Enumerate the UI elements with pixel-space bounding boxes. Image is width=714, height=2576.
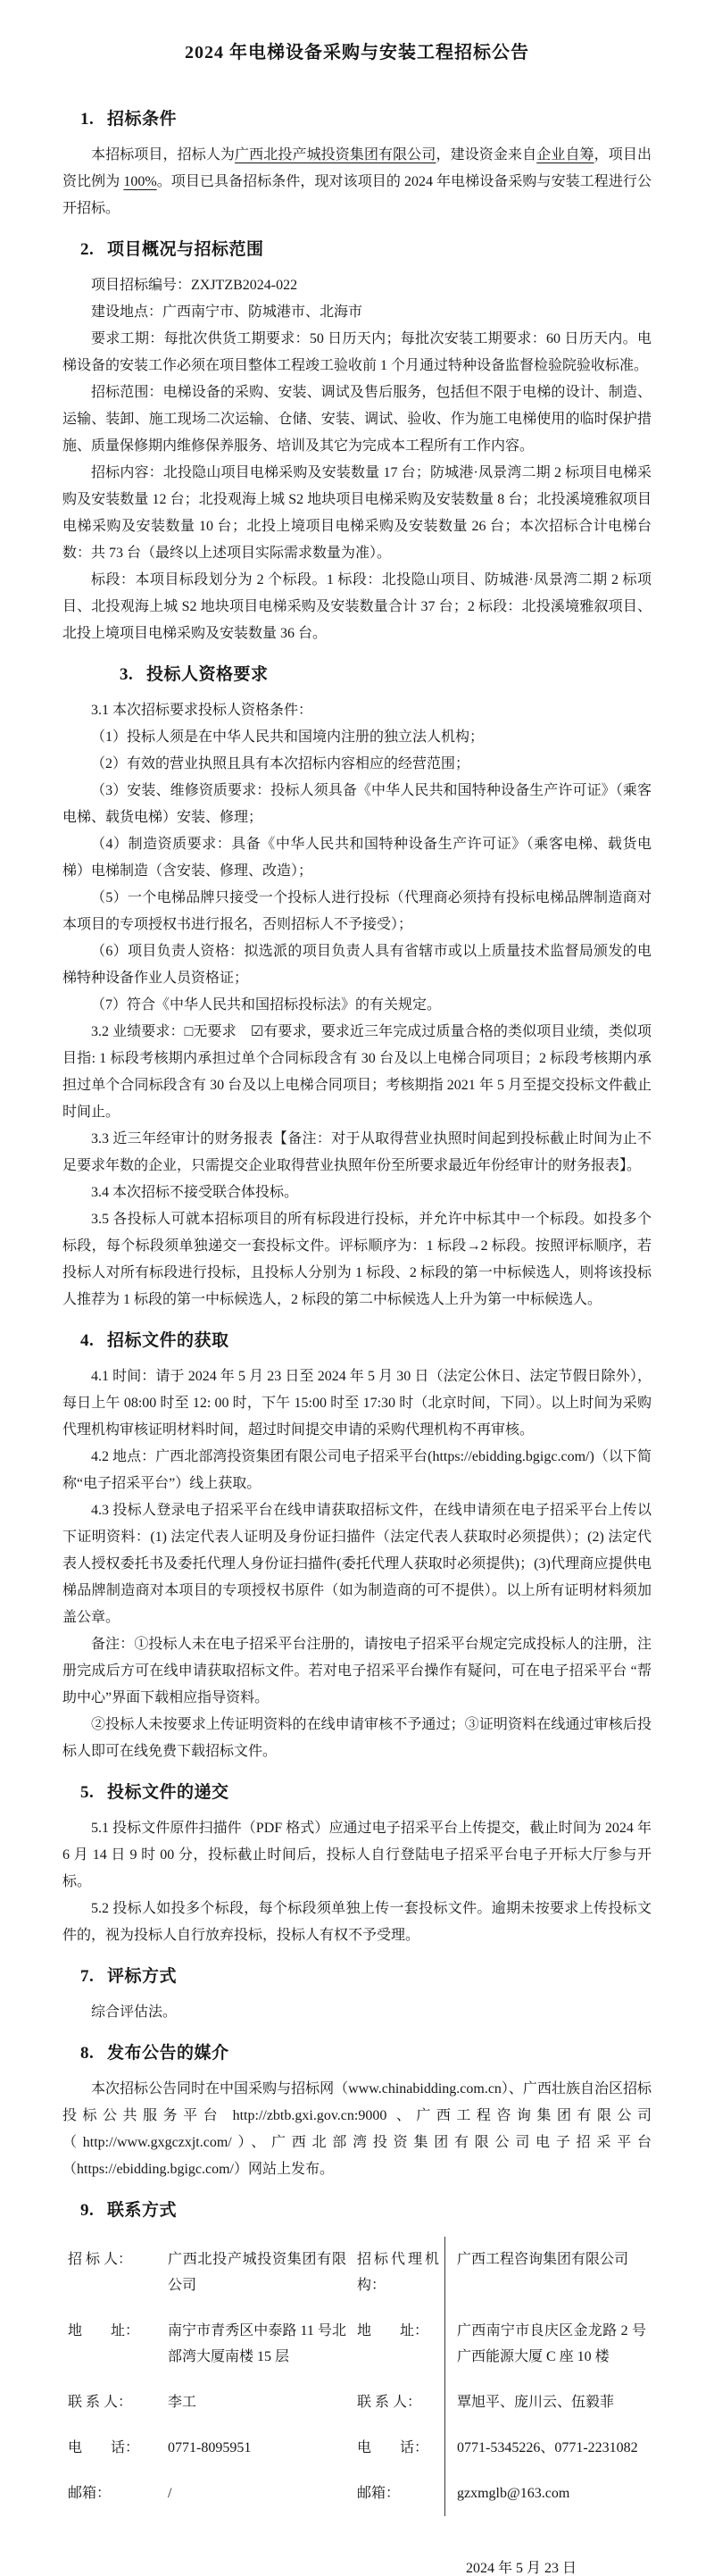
paragraph: 3.1 本次招标要求投标人资格条件： <box>62 697 652 724</box>
section-heading: 3.投标人资格要求 <box>62 663 652 687</box>
section-7: 7.评标方式综合评估法。 <box>62 1964 652 2026</box>
paragraph: （7）符合《中华人民共和国招标投标法》的有关规定。 <box>62 992 652 1019</box>
paragraph: （6）项目负责人资格：拟选派的项目负责人具有省辖市或以上质量技术监督局颁发的电梯… <box>62 938 652 992</box>
contact-left-label: 邮箱： <box>62 2471 162 2516</box>
document-page: 2024 年电梯设备采购与安装工程招标公告 1.招标条件本招标项目，招标人为广西… <box>0 0 714 2576</box>
section-title: 项目概况与招标范围 <box>107 240 264 259</box>
paragraph: （4）制造资质要求：具备《中华人民共和国特种设备生产许可证》（乘客电梯、载货电梯… <box>62 831 652 885</box>
paragraph: 要求工期：每批次供货工期要求：50 日历天内；每批次安装工期要求：60 日历天内… <box>62 326 652 379</box>
section-number: 2. <box>80 238 107 262</box>
section-number: 8. <box>80 2041 107 2065</box>
contact-right-value: 广西南宁市良庆区金龙路 2 号广西能源大厦 C 座 10 楼 <box>444 2308 652 2380</box>
paragraph: 标段：本项目标段划分为 2 个标段。1 标段：北投隐山项目、防城港·凤景湾二期 … <box>62 567 652 647</box>
paragraph: 本次招标公告同时在中国采购与招标网（www.chinabidding.com.c… <box>62 2076 652 2183</box>
section-number: 4. <box>80 1329 107 1353</box>
paragraph: 5.1 投标文件原件扫描件（PDF 格式）应通过电子招采平台上传提交，截止时间为… <box>62 1815 652 1896</box>
section-heading: 7.评标方式 <box>62 1964 652 1988</box>
section-number: 9. <box>80 2198 107 2222</box>
section-heading: 1.招标条件 <box>62 107 652 131</box>
section-1: 1.招标条件本招标项目，招标人为广西北投产城投资集团有限公司，建设资金来自企业自… <box>62 107 652 222</box>
contact-right-label: 邮箱： <box>352 2471 444 2516</box>
section-number: 7. <box>80 1964 107 1988</box>
section-3: 3.投标人资格要求3.1 本次招标要求投标人资格条件：（1）投标人须是在中华人民… <box>62 663 652 1313</box>
section-heading: 8.发布公告的媒介 <box>62 2041 652 2065</box>
contact-right-value: 广西工程咨询集团有限公司 <box>444 2237 652 2308</box>
section-title: 投标人资格要求 <box>146 665 269 684</box>
section-number: 1. <box>80 107 107 131</box>
section-heading: 9.联系方式 <box>62 2198 652 2222</box>
section-title: 投标文件的递交 <box>107 1783 229 1802</box>
section-4: 4.招标文件的获取4.1 时间：请于 2024 年 5 月 23 日至 2024… <box>62 1329 652 1765</box>
section-5: 5.投标文件的递交5.1 投标文件原件扫描件（PDF 格式）应通过电子招采平台上… <box>62 1780 652 1949</box>
section-8: 8.发布公告的媒介本次招标公告同时在中国采购与招标网（www.chinabidd… <box>62 2041 652 2183</box>
section-title: 评标方式 <box>107 1967 177 1986</box>
contact-right-label: 联 系 人： <box>352 2380 444 2425</box>
paragraph: 本招标项目，招标人为广西北投产城投资集团有限公司，建设资金来自企业自筹，项目出资… <box>62 142 652 222</box>
paragraph: （2）有效的营业执照且具有本次招标内容相应的经营范围； <box>62 751 652 778</box>
paragraph: （3）安装、维修资质要求：投标人须具备《中华人民共和国特种设备生产许可证》（乘客… <box>62 778 652 831</box>
paragraph: （5）一个电梯品牌只接受一个投标人进行投标（代理商必须持有投标电梯品牌制造商对本… <box>62 885 652 938</box>
contact-left-value: 南宁市青秀区中泰路 11 号北部湾大厦南楼 15 层 <box>162 2308 352 2380</box>
paragraph: 3.5 各投标人可就本招标项目的所有标段进行投标，并允许中标其中一个标段。如投多… <box>62 1206 652 1313</box>
contact-right-value: gzxmglb@163.com <box>444 2471 652 2516</box>
paragraph: 项目招标编号：ZXJTZB2024-022 <box>62 272 652 299</box>
paragraph: 招标范围：电梯设备的采购、安装、调试及售后服务，包括但不限于电梯的设计、制造、运… <box>62 379 652 460</box>
document-date: 2024 年 5 月 23 日 <box>62 2555 652 2576</box>
contact-right-label: 地 址： <box>352 2308 444 2380</box>
paragraph: 综合评估法。 <box>62 1999 652 2026</box>
paragraph: 3.4 本次招标不接受联合体投标。 <box>62 1180 652 1206</box>
contact-left-value: 广西北投产城投资集团有限公司 <box>162 2237 352 2308</box>
document-title: 2024 年电梯设备采购与安装工程招标公告 <box>62 39 652 66</box>
paragraph: 4.2 地点：广西北部湾投资集团有限公司电子招采平台(https://ebidd… <box>62 1444 652 1497</box>
section-number: 3. <box>120 663 146 687</box>
contact-right-value: 覃旭平、庞川云、伍毅菲 <box>444 2380 652 2425</box>
section-heading: 2.项目概况与招标范围 <box>62 238 652 262</box>
checkbox-checked-icon: ☑ <box>251 1024 263 1039</box>
contact-table: 招 标 人：广西北投产城投资集团有限公司招标代理机构：广西工程咨询集团有限公司地… <box>62 2237 652 2516</box>
contact-left-value: 0771-8095951 <box>162 2425 352 2471</box>
checkbox-unchecked-icon: □ <box>185 1024 194 1039</box>
section-title: 招标文件的获取 <box>107 1331 229 1350</box>
contact-left-label: 招 标 人： <box>62 2237 162 2308</box>
paragraph: 招标内容：北投隐山项目电梯采购及安装数量 17 台；防城港·凤景湾二期 2 标项… <box>62 460 652 567</box>
contact-left-value: / <box>162 2471 352 2516</box>
section-2: 2.项目概况与招标范围项目招标编号：ZXJTZB2024-022建设地点：广西南… <box>62 238 652 647</box>
paragraph: 3.3 近三年经审计的财务报表【备注：对于从取得营业执照时间起到投标截止时间为止… <box>62 1126 652 1180</box>
paragraph: 5.2 投标人如投多个标段，每个标段须单独上传一套投标文件。逾期未按要求上传投标… <box>62 1896 652 1949</box>
paragraph: ②投标人未按要求上传证明资料的在线申请审核不予通过；③证明资料在线通过审核后投标… <box>62 1712 652 1765</box>
paragraph: 3.2 业绩要求：□无要求 ☑有要求，要求近三年完成过质量合格的类似项目业绩，类… <box>62 1019 652 1126</box>
contact-right-label: 电 话： <box>352 2425 444 2471</box>
paragraph: 4.3 投标人登录电子招采平台在线申请获取招标文件，在线申请须在电子招采平台上传… <box>62 1497 652 1631</box>
section-number: 5. <box>80 1780 107 1805</box>
paragraph: 4.1 时间：请于 2024 年 5 月 23 日至 2024 年 5 月 30… <box>62 1363 652 1444</box>
paragraph: 备注：①投标人未在电子招采平台注册的，请按电子招采平台规定完成投标人的注册，注册… <box>62 1631 652 1712</box>
section-title: 招标条件 <box>107 110 177 129</box>
paragraph: （1）投标人须是在中华人民共和国境内注册的独立法人机构； <box>62 724 652 751</box>
contact-right-label: 招标代理机构： <box>352 2237 444 2308</box>
contact-left-label: 联 系 人： <box>62 2380 162 2425</box>
contact-right-value: 0771-5345226、0771-2231082 <box>444 2425 652 2471</box>
contact-left-label: 电 话： <box>62 2425 162 2471</box>
section-heading: 4.招标文件的获取 <box>62 1329 652 1353</box>
contact-left-value: 李工 <box>162 2380 352 2425</box>
contact-left-label: 地 址： <box>62 2308 162 2380</box>
section-title: 联系方式 <box>107 2201 177 2220</box>
paragraph: 建设地点：广西南宁市、防城港市、北海市 <box>62 299 652 326</box>
section-9: 9.联系方式 <box>62 2198 652 2222</box>
sections: 1.招标条件本招标项目，招标人为广西北投产城投资集团有限公司，建设资金来自企业自… <box>62 107 652 2222</box>
section-heading: 5.投标文件的递交 <box>62 1780 652 1805</box>
section-title: 发布公告的媒介 <box>107 2044 229 2063</box>
